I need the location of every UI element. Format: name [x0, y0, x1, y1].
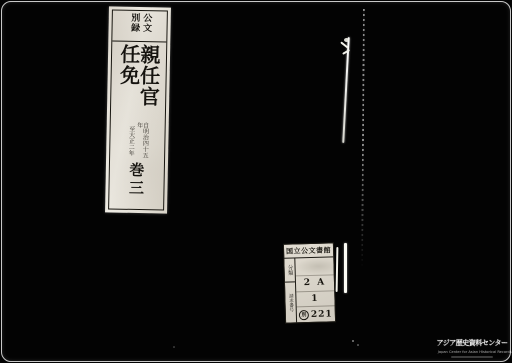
main-title: 親任官任免	[118, 44, 159, 123]
title-slip: 公文 別録 親任官任免 自明治四十五年 至大正二年 巻三	[105, 6, 171, 213]
binding-thread-lower-1	[336, 247, 339, 292]
classification-value-cell	[295, 257, 333, 276]
scan-speck	[173, 346, 175, 348]
call-number-part-3-row: 別 221	[297, 307, 335, 323]
scan-speck	[352, 340, 354, 342]
series-title-col-2: 別録	[129, 13, 139, 41]
archive-name-header: 国立公文書館	[284, 243, 333, 258]
binding-knot	[344, 38, 349, 42]
call-number-series-circle-icon: 別	[299, 310, 309, 320]
classification-field-label: 分類	[284, 258, 295, 282]
watermark-fineprint-line	[451, 356, 493, 358]
date-from: 自明治四十五年	[135, 122, 148, 162]
library-label-values: 2 A 1 別 221	[295, 257, 335, 322]
watermark-en-text: Japan Center for Asian Historical Record…	[438, 349, 506, 354]
book-edge-stitching	[361, 9, 364, 269]
library-label-body: 分類 請求番号 2 A 1 別 221	[284, 257, 335, 322]
scan-frame	[1, 1, 511, 362]
jacar-watermark: アジア歴史資料センター Japan Center for Asian Histo…	[434, 338, 510, 358]
date-range: 自明治四十五年 至大正二年	[127, 122, 148, 162]
scan-speck	[357, 344, 359, 346]
scanned-cover: 公文 別録 親任官任免 自明治四十五年 至大正二年 巻三 国立公文書館 分類 請…	[0, 0, 512, 363]
call-number-part-3: 221	[311, 309, 333, 320]
volume-label: 巻三	[126, 162, 148, 206]
library-label: 国立公文書館 分類 請求番号 2 A 1 別 221	[283, 242, 336, 323]
date-to: 至大正二年	[127, 126, 134, 156]
series-title-box: 公文 別録	[112, 10, 167, 42]
binding-thread-lower-2	[344, 243, 347, 293]
call-number-part-1: 2 A	[296, 275, 334, 292]
series-title-col-1: 公文	[141, 13, 151, 41]
call-number-field-label: 請求番号	[285, 282, 296, 322]
title-slip-border: 公文 別録 親任官任免 自明治四十五年 至大正二年 巻三	[108, 9, 168, 210]
watermark-jp-text: アジア歴史資料センター	[434, 338, 510, 348]
call-number-part-2: 1	[296, 291, 334, 308]
call-number-cell: 2 A 1 別 221	[296, 275, 335, 322]
